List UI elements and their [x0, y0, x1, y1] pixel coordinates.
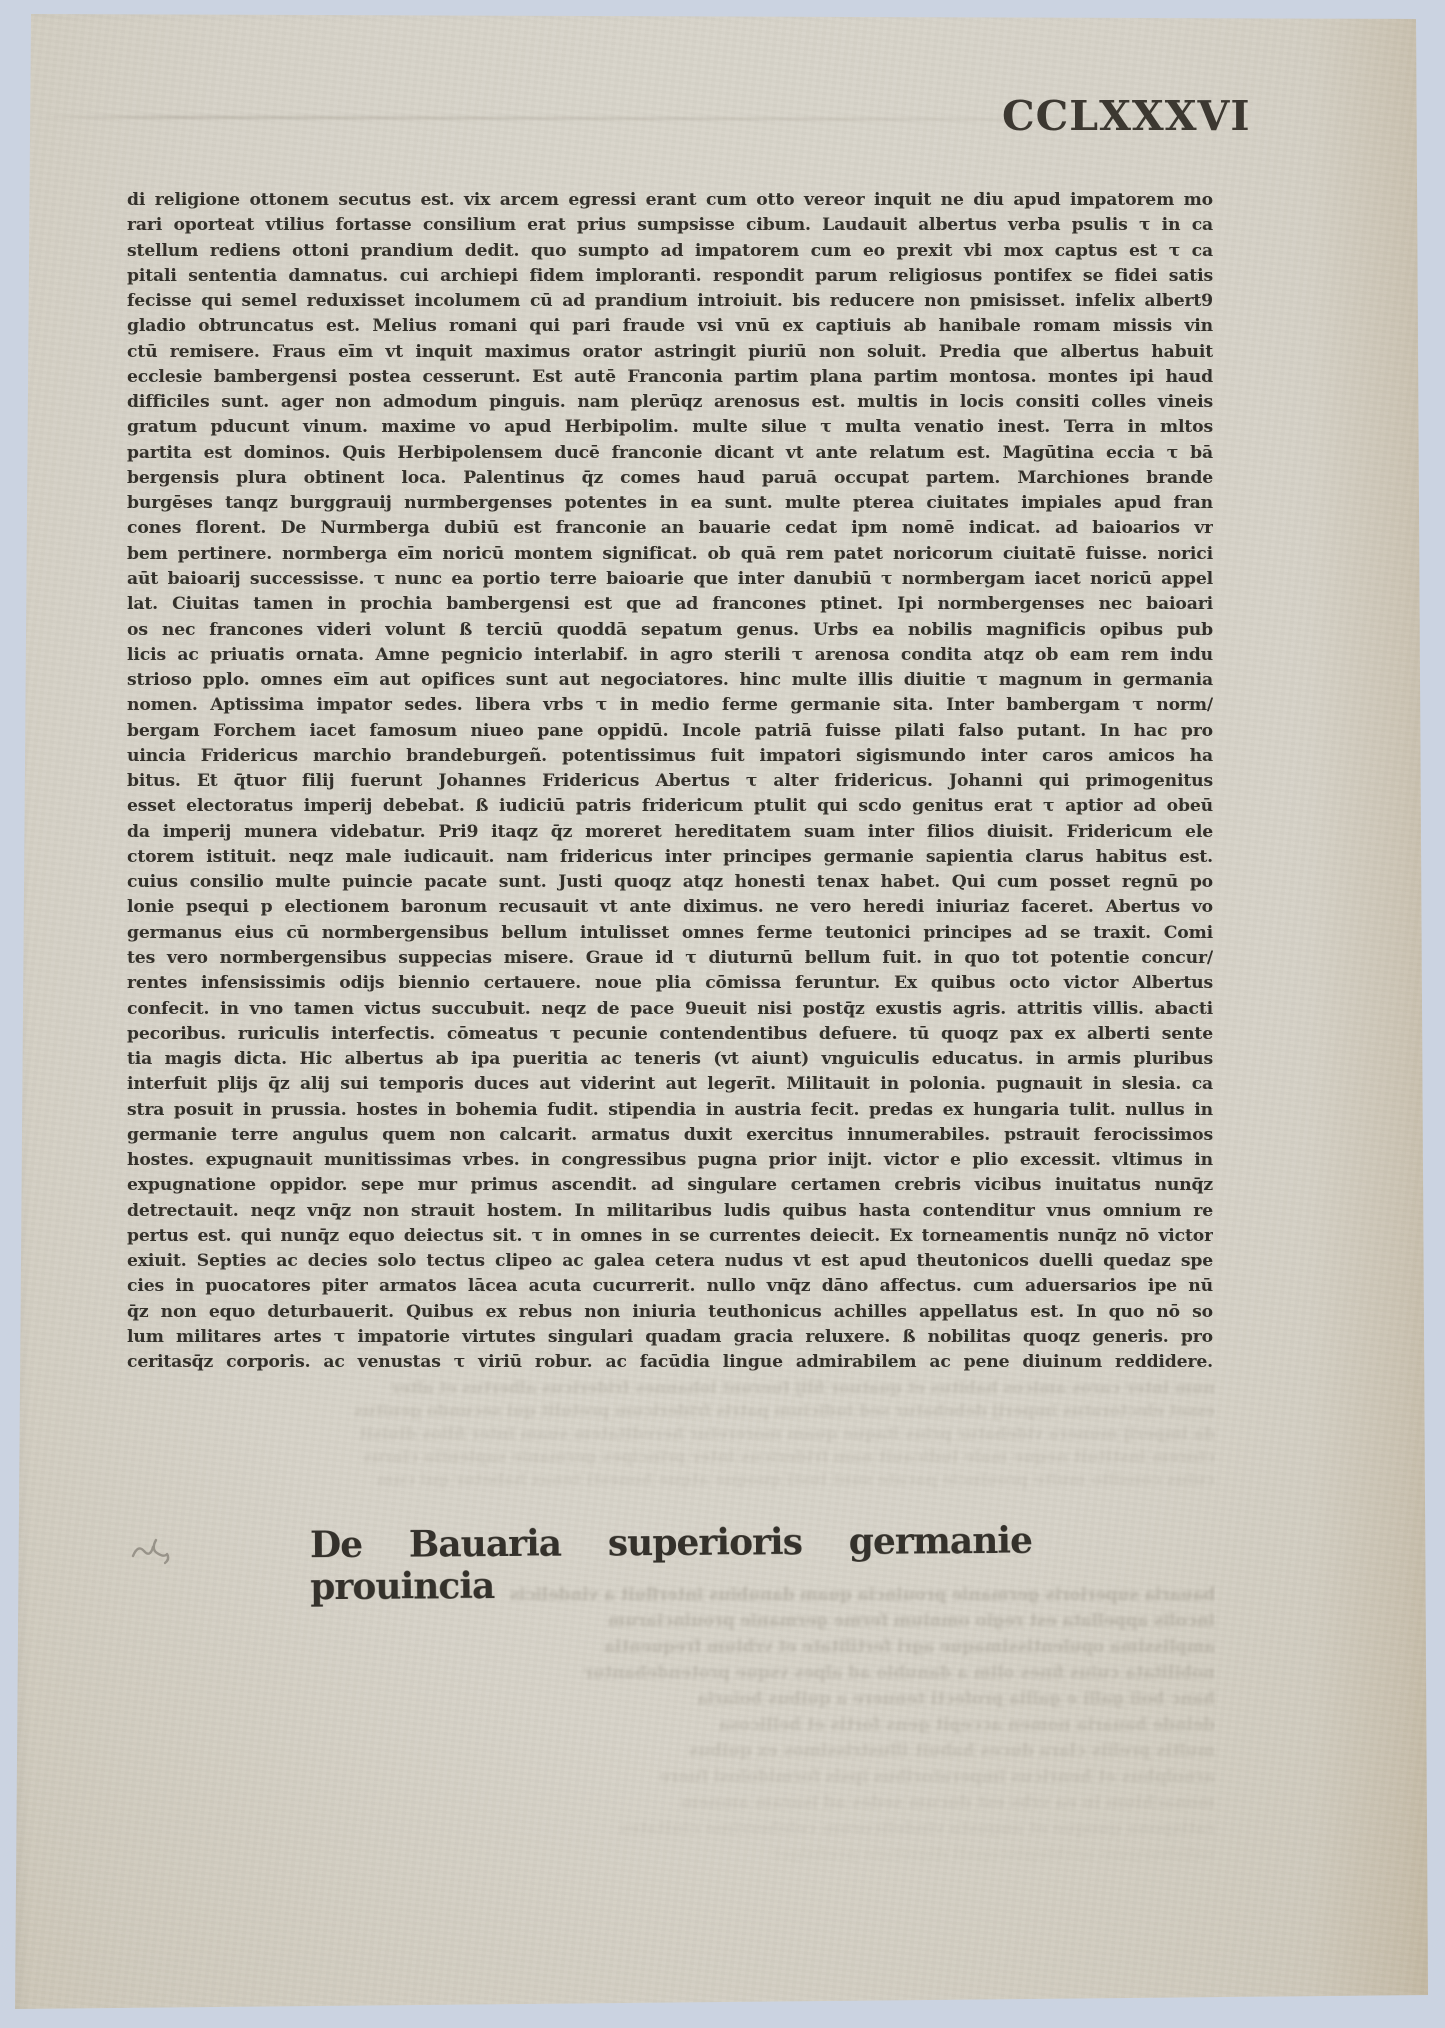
showthrough-line: hanc boii galli e gallia profecti tenuer…: [225, 1686, 1215, 1712]
text-line: gratum pducunt vinum. maxime vo apud Her…: [127, 415, 1213, 440]
text-line: cones florent. De Nurmberga dubiū est fr…: [127, 516, 1213, 541]
showthrough-line: ratispona quoque et augusta vindelicorum…: [225, 1816, 1215, 1842]
showthrough-line: multis preliis clara duces habuit illust…: [225, 1738, 1215, 1764]
text-line: hostes. expugnauit munitissimas vrbes. i…: [127, 1148, 1213, 1173]
showthrough-line: amplissima opulentissimaque agri fertili…: [225, 1634, 1215, 1660]
foxing-specks: [0, 0, 4, 4]
text-line: q̄z non equo deturbauerit. Quibus ex reb…: [127, 1300, 1213, 1325]
showthrough-line: bauaria superioris germanie prouincia qu…: [225, 1582, 1215, 1608]
text-line: detrectauit. neqz vnq̄z non strauit host…: [127, 1199, 1213, 1224]
text-line: fecisse qui semel reduxisset incolumem c…: [127, 289, 1213, 314]
text-line: ceritasq̄z corporis. ac venustas τ viriū…: [127, 1350, 1213, 1375]
text-line: ctorem istituit. neqz male iudicauit. na…: [127, 845, 1213, 870]
text-line: pitali sententia damnatus. cui archiepi …: [127, 264, 1213, 289]
text-line: gladio obtruncatus est. Melius romani qu…: [127, 314, 1213, 339]
text-line: stra posuit in prussia. hostes in bohemi…: [127, 1098, 1213, 1123]
folio-number: CCLXXXVI: [1002, 92, 1217, 140]
body-text-block: di religione ottonem secutus est. vix ar…: [127, 188, 1213, 1375]
text-line: aūt baioarij successisse. τ nunc ea port…: [127, 567, 1213, 592]
text-line: pecoribus. ruriculis interfectis. cōmeat…: [127, 1022, 1213, 1047]
text-line: os nec francones videri volunt ß terciū …: [127, 618, 1213, 643]
text-line: interfuit plijs q̄z alij sui temporis du…: [127, 1072, 1213, 1097]
text-line: cuius consilio multe puincie pacate sunt…: [127, 870, 1213, 895]
text-line: pertus est. qui nunq̄z equo deiectus sit…: [127, 1224, 1213, 1249]
showthrough-line: deinde bauaria nomen accepit gens fortis…: [225, 1712, 1215, 1738]
text-line: nomen. Aptissima impator sedes. libera v…: [127, 693, 1213, 718]
text-line: tes vero normbergensibus suppecias miser…: [127, 946, 1213, 971]
text-line: lat. Ciuitas tamen in prochia bambergens…: [127, 592, 1213, 617]
text-line: exiuit. Septies ac decies solo tectus cl…: [127, 1249, 1213, 1274]
text-line: germanus eius cū normbergensibus bellum …: [127, 921, 1213, 946]
text-line: difficiles sunt. ager non admodum pingui…: [127, 390, 1213, 415]
showthrough-line: esset electoratus imperij debebatur sed …: [180, 1399, 1215, 1422]
text-line: ecclesie bambergensi postea cesserunt. E…: [127, 365, 1213, 390]
text-line: lum militares artes τ impatorie virtutes…: [127, 1325, 1213, 1350]
text-line: lonie psequi p electionem baronum recusa…: [127, 895, 1213, 920]
text-line: rari oporteat vtilius fortasse consilium…: [127, 213, 1213, 238]
text-line: esset electoratus imperij debebat. ß iud…: [127, 794, 1213, 819]
showthrough-line: cuius consilio multe prouincie pacate su…: [180, 1468, 1215, 1491]
text-line: licis ac priuatis ornata. Amne pegnicio …: [127, 643, 1213, 668]
text-line: burgēses tanqz burggrauij nurmbergenses …: [127, 491, 1213, 516]
text-line: germanie terre angulus quem non calcarit…: [127, 1123, 1213, 1148]
showthrough-line: arnolphus et henricus imperatoribus ipsi…: [225, 1764, 1215, 1790]
text-line: cies in puocatores piter armatos lācea a…: [127, 1274, 1213, 1299]
text-line: stellum rediens ottoni prandium dedit. q…: [127, 239, 1213, 264]
text-line: bergensis plura obtinent loca. Palentinu…: [127, 466, 1213, 491]
showthrough-line: ctorem instituit neque male iudicauit na…: [180, 1445, 1215, 1468]
text-line: rentes infensissimis odijs biennio certa…: [127, 971, 1213, 996]
showthrough-line: salisburgum archiepiscopali dignitate pr…: [225, 1842, 1215, 1868]
verso-showthrough-upper: num inter caros amicos habitus et quatuo…: [180, 1376, 1215, 1491]
showthrough-line: monachium in ea vrbs est ducum sedes ad …: [225, 1790, 1215, 1816]
showthrough-line: incolis appellata est regio omnium ferme…: [225, 1608, 1215, 1634]
text-line: partita est dominos. Quis Herbipolensem …: [127, 441, 1213, 466]
ink-squiggle-mark: [130, 1530, 182, 1568]
text-line: strioso pplo. omnes eīm aut opifices sun…: [127, 668, 1213, 693]
text-line: expugnatione oppidor. sepe mur primus as…: [127, 1173, 1213, 1198]
showthrough-line: num inter caros amicos habitus et quatuo…: [180, 1376, 1215, 1399]
text-line: bitus. Et q̄tuor filij fuerunt Johannes …: [127, 769, 1213, 794]
chapter-heading: De Bauaria superioris germanie prouincia: [310, 1520, 1032, 1576]
text-line: uincia Fridericus marchio brandeburgeñ. …: [127, 744, 1213, 769]
text-line: bem pertinere. normberga eīm noricū mont…: [127, 542, 1213, 567]
showthrough-line: da imperij munera videbatur prius itaque…: [180, 1422, 1215, 1445]
verso-showthrough-lower: bauaria superioris germanie prouincia qu…: [225, 1582, 1215, 1868]
text-line: da imperij munera videbatur. Pri9 itaqz …: [127, 820, 1213, 845]
text-line: ctū remisere. Fraus eīm vt inquit maximu…: [127, 340, 1213, 365]
text-line: di religione ottonem secutus est. vix ar…: [127, 188, 1213, 213]
text-line: tia magis dicta. Hic albertus ab ipa pue…: [127, 1047, 1213, 1072]
incunable-page: CCLXXXVI di religione ottonem secutus es…: [0, 0, 1445, 2028]
text-line: bergam Forchem iacet famosum niueo pane …: [127, 719, 1213, 744]
showthrough-line: nobilitata cuius fines olim a danubio ad…: [225, 1660, 1215, 1686]
scan-background: CCLXXXVI di religione ottonem secutus es…: [0, 0, 1445, 2028]
text-line: confecit. in vno tamen victus succubuit.…: [127, 997, 1213, 1022]
